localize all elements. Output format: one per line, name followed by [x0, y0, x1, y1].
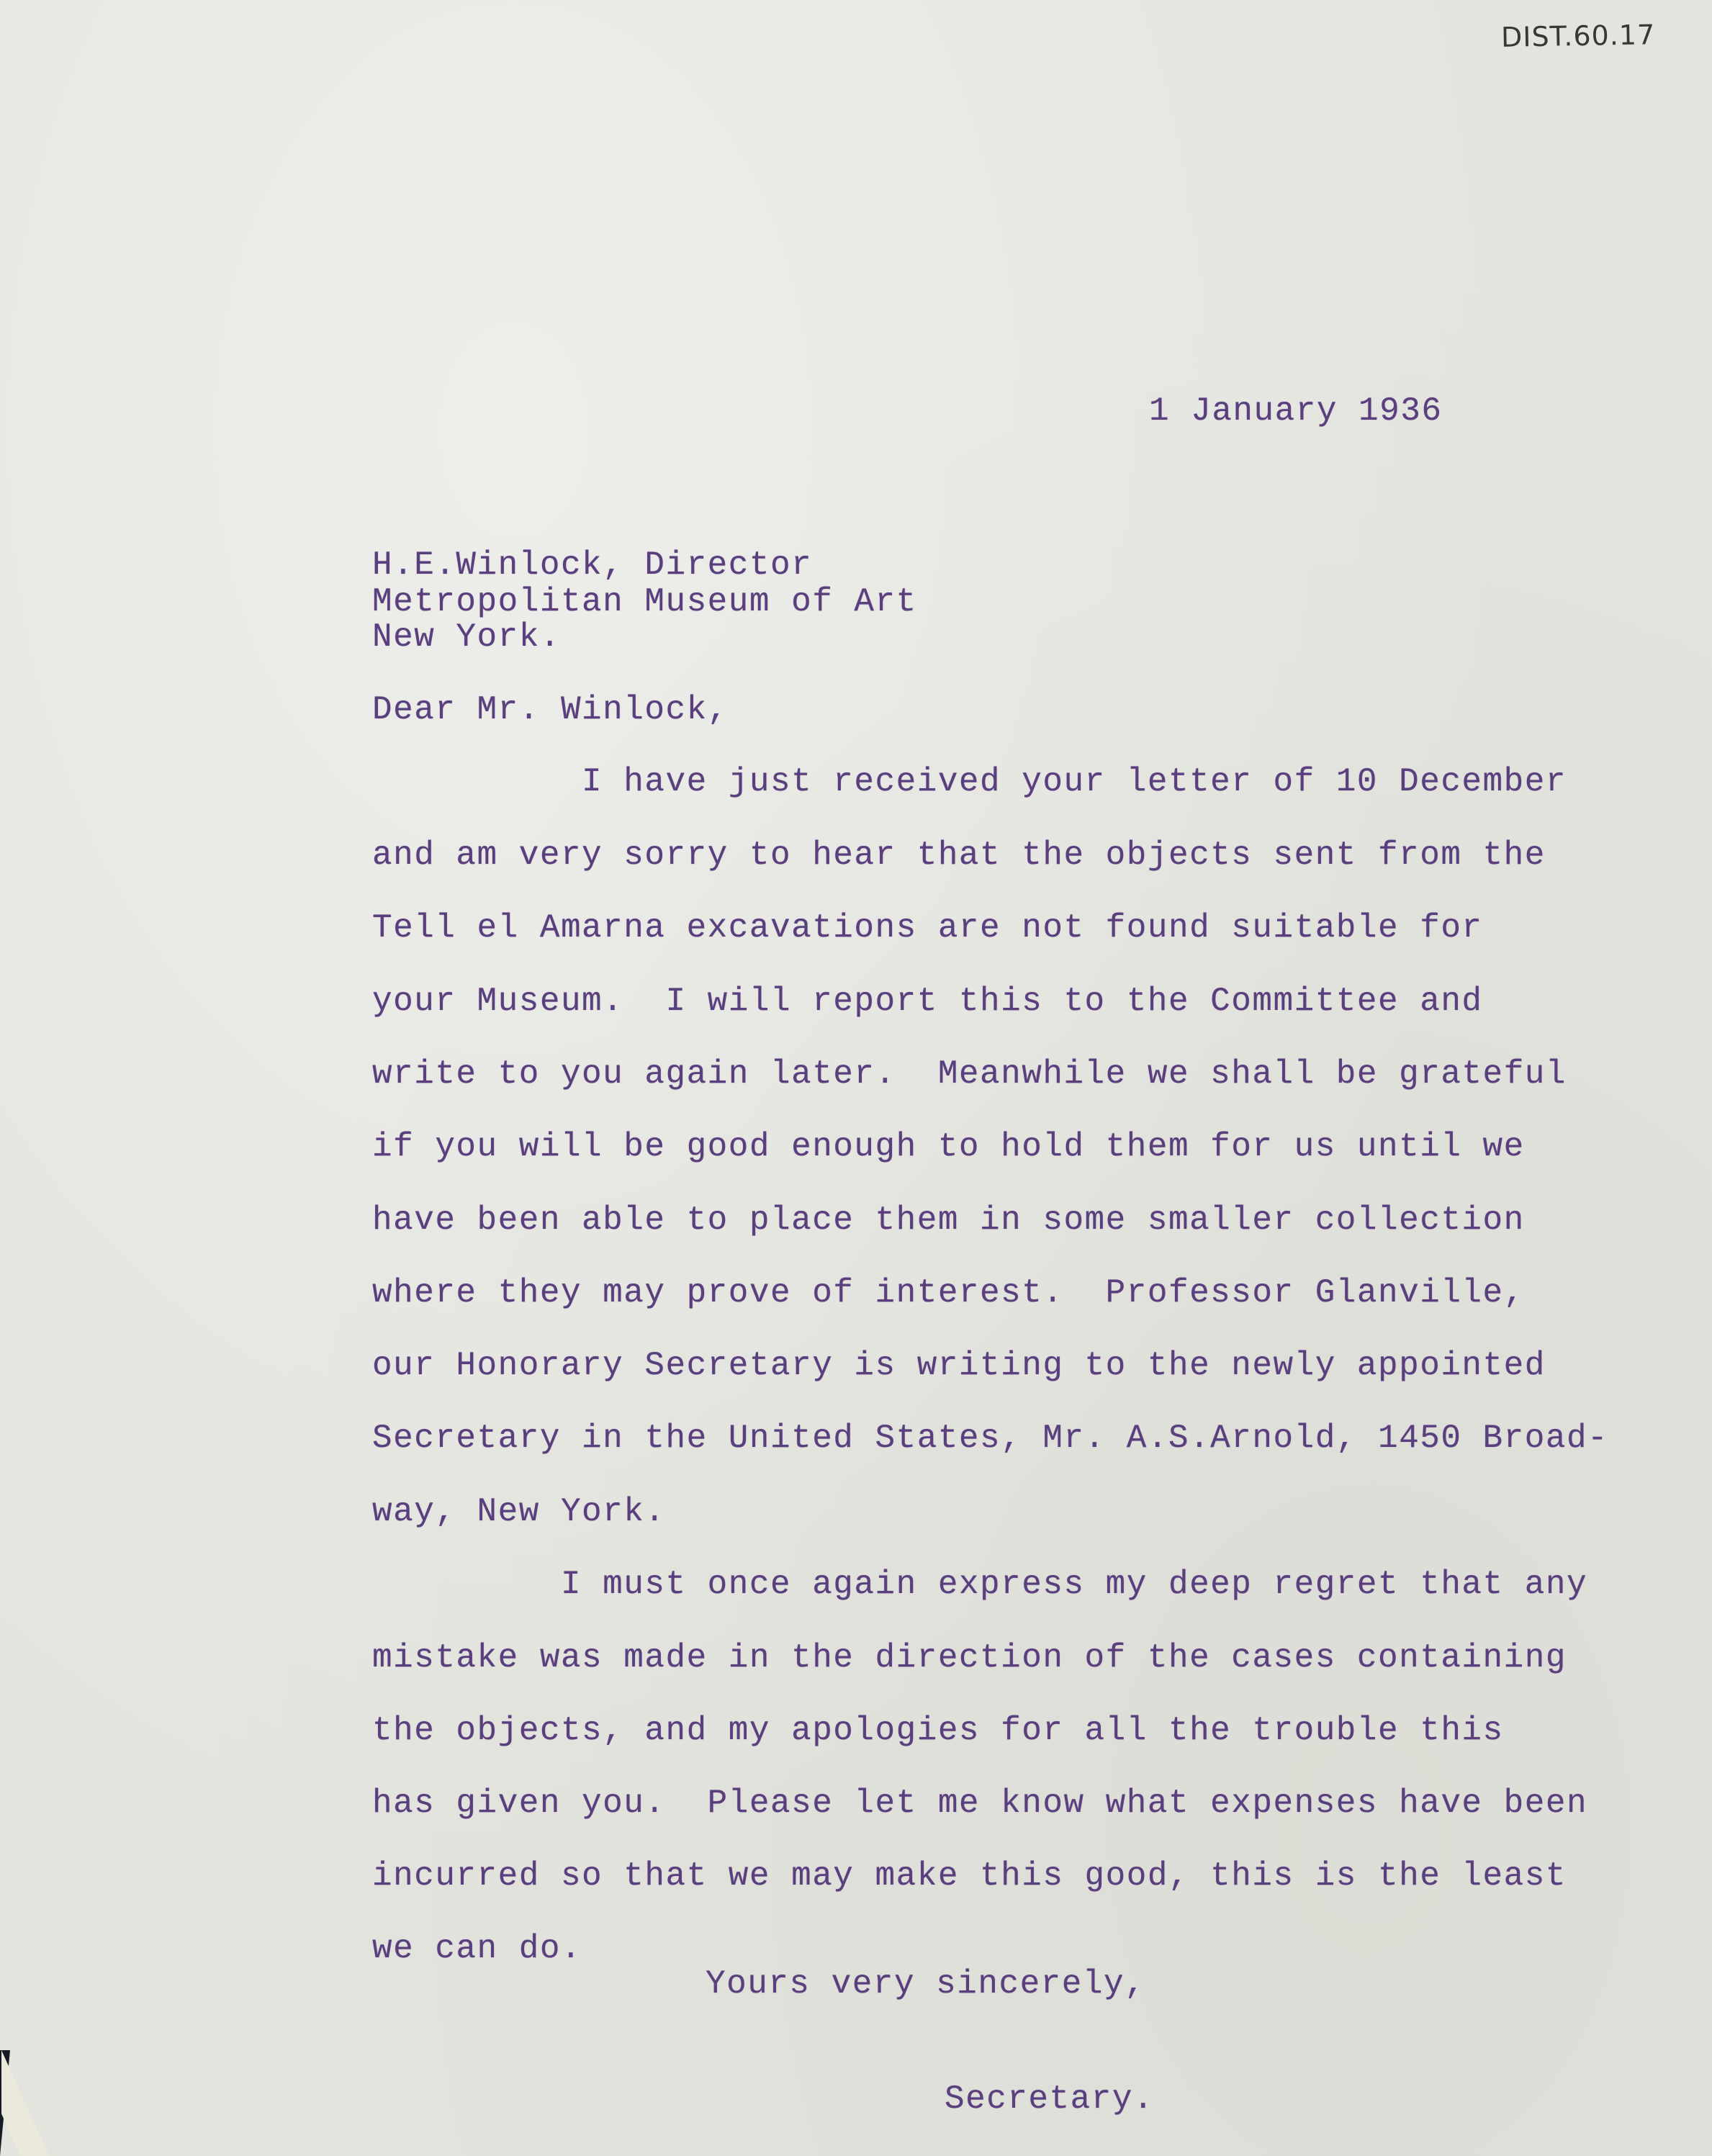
body-line: where they may prove of interest. Profes…: [372, 1276, 1525, 1309]
body-line: incurred so that we may make this good, …: [372, 1859, 1567, 1893]
body-line: I have just received your letter of 10 D…: [372, 765, 1567, 798]
body-line: I must once again express my deep regret…: [372, 1568, 1587, 1601]
body-line: has given you. Please let me know what e…: [372, 1787, 1587, 1820]
salutation: Dear Mr. Winlock,: [372, 693, 729, 726]
body-line: way, New York.: [372, 1495, 665, 1528]
body-line: our Honorary Secretary is writing to the…: [372, 1349, 1546, 1382]
body-line: Tell el Amarna excavations are not found…: [372, 911, 1483, 944]
letter-page: DIST.60.17 1 January 1936 H.E.Winlock, D…: [0, 0, 1712, 2156]
recipient-city: New York.: [372, 621, 561, 654]
body-line: Secretary in the United States, Mr. A.S.…: [372, 1422, 1608, 1455]
body-line: mistake was made in the direction of the…: [372, 1641, 1567, 1674]
body-line: we can do.: [372, 1932, 582, 1965]
body-line: and am very sorry to hear that the objec…: [372, 839, 1546, 872]
body-line: write to you again later. Meanwhile we s…: [372, 1057, 1567, 1091]
body-line: have been able to place them in some sma…: [372, 1204, 1525, 1237]
body-line: the objects, and my apologies for all th…: [372, 1714, 1504, 1747]
closing: Yours very sincerely,: [706, 1967, 1145, 2001]
signature-title: Secretary.: [945, 2083, 1154, 2116]
recipient-institution: Metropolitan Museum of Art: [372, 585, 917, 618]
letter-date: 1 January 1936: [1149, 394, 1442, 428]
recipient-name: H.E.Winlock, Director: [372, 549, 812, 582]
archive-mark: DIST.60.17: [1501, 19, 1656, 53]
body-line: your Museum. I will report this to the C…: [372, 985, 1483, 1018]
body-line: if you will be good enough to hold them …: [372, 1130, 1525, 1163]
